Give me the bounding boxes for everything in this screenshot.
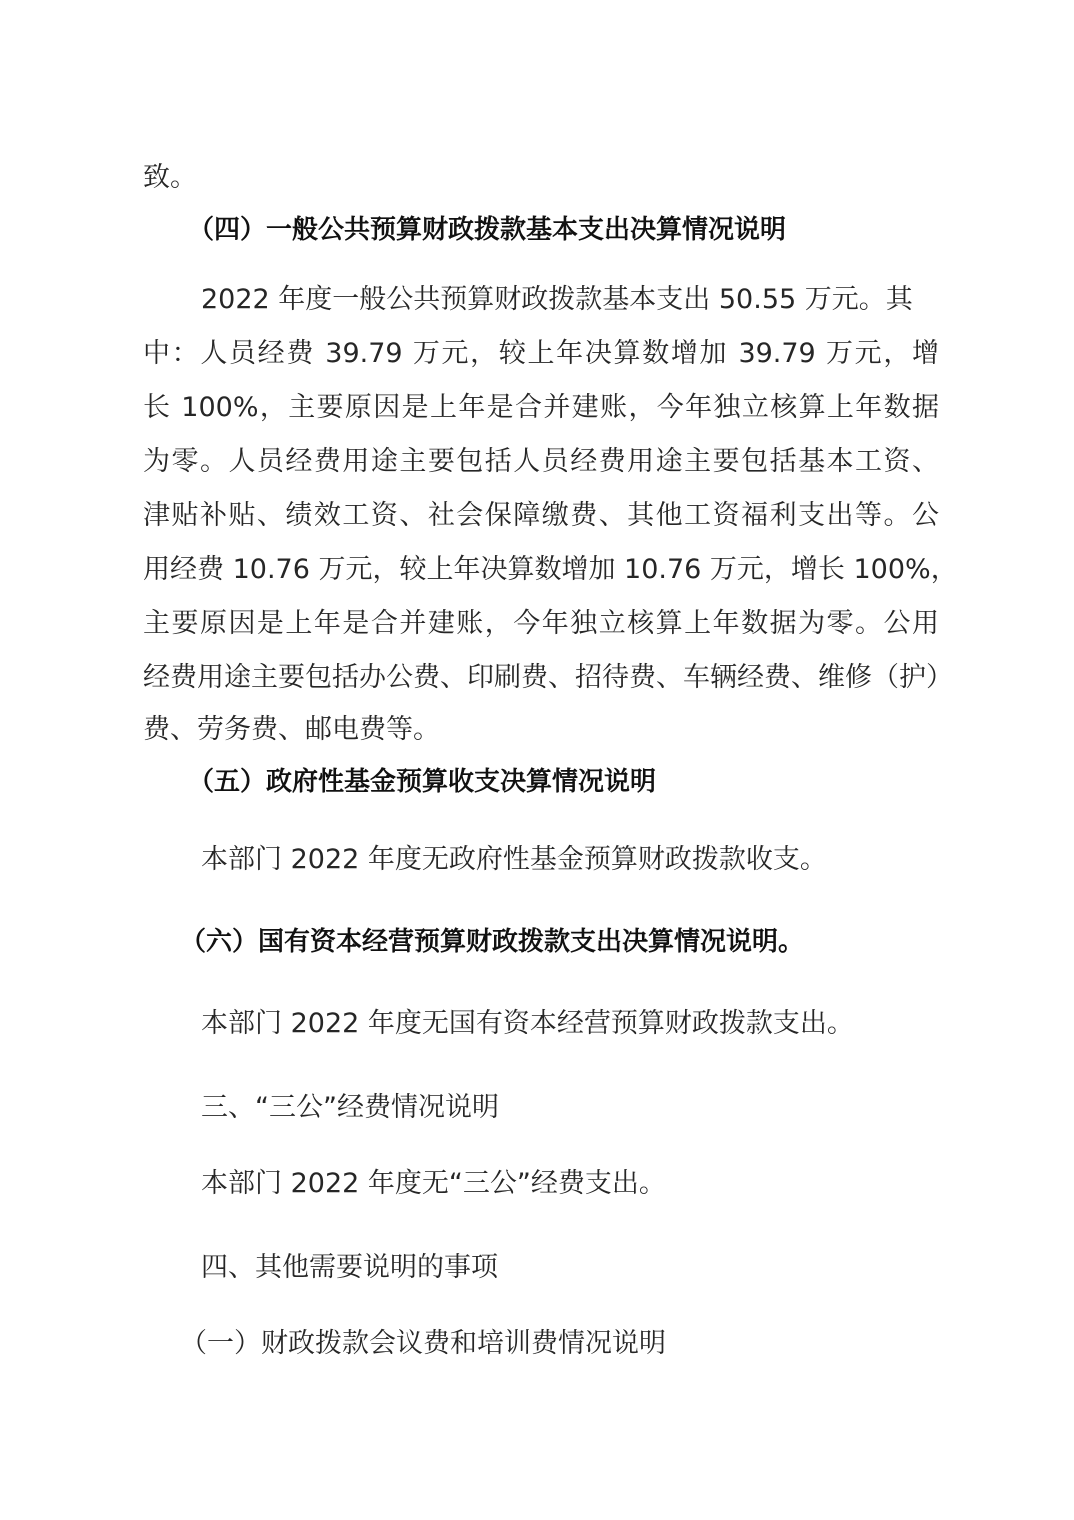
- paragraph-line: 经费用途主要包括办公费、印刷费、招待费、车辆经费、维修（护）: [143, 660, 939, 696]
- paragraph-line: 用经费 10.76 万元，较上年决算数增加 10.76 万元，增长 100%，: [143, 552, 939, 588]
- part-body-3: 本部门 2022 年度无“三公”经费支出。: [201, 1166, 666, 1202]
- part-heading-4: 四、其他需要说明的事项: [201, 1250, 498, 1286]
- continuation-text: 致。: [143, 160, 197, 196]
- paragraph-line: 为零。人员经费用途主要包括人员经费用途主要包括基本工资、: [143, 444, 939, 480]
- part-heading-3: 三、“三公”经费情况说明: [201, 1090, 499, 1126]
- paragraph-line: 津贴补贴、绩效工资、社会保障缴费、其他工资福利支出等。公: [143, 498, 939, 534]
- section-body-6: 本部门 2022 年度无国有资本经营预算财政拨款支出。: [201, 1006, 854, 1042]
- section-body-5: 本部门 2022 年度无政府性基金预算财政拨款收支。: [201, 842, 827, 878]
- paragraph-line: 费、劳务费、邮电费等。: [143, 712, 440, 748]
- paragraph-line: 中：人员经费 39.79 万元，较上年决算数增加 39.79 万元，增: [143, 336, 939, 372]
- paragraph-line: 2022 年度一般公共预算财政拨款基本支出 50.55 万元。其: [201, 282, 913, 318]
- paragraph-line: 主要原因是上年是合并建账，今年独立核算上年数据为零。公用: [143, 606, 939, 642]
- section-heading-6: （六）国有资本经营预算财政拨款支出决算情况说明。: [180, 924, 804, 960]
- sub-heading-4-1: （一）财政拨款会议费和培训费情况说明: [180, 1326, 666, 1362]
- paragraph-line: 长 100%，主要原因是上年是合并建账，今年独立核算上年数据: [143, 390, 939, 426]
- section-heading-5: （五）政府性基金预算收支决算情况说明: [188, 764, 656, 800]
- section-heading-4: （四）一般公共预算财政拨款基本支出决算情况说明: [188, 212, 786, 248]
